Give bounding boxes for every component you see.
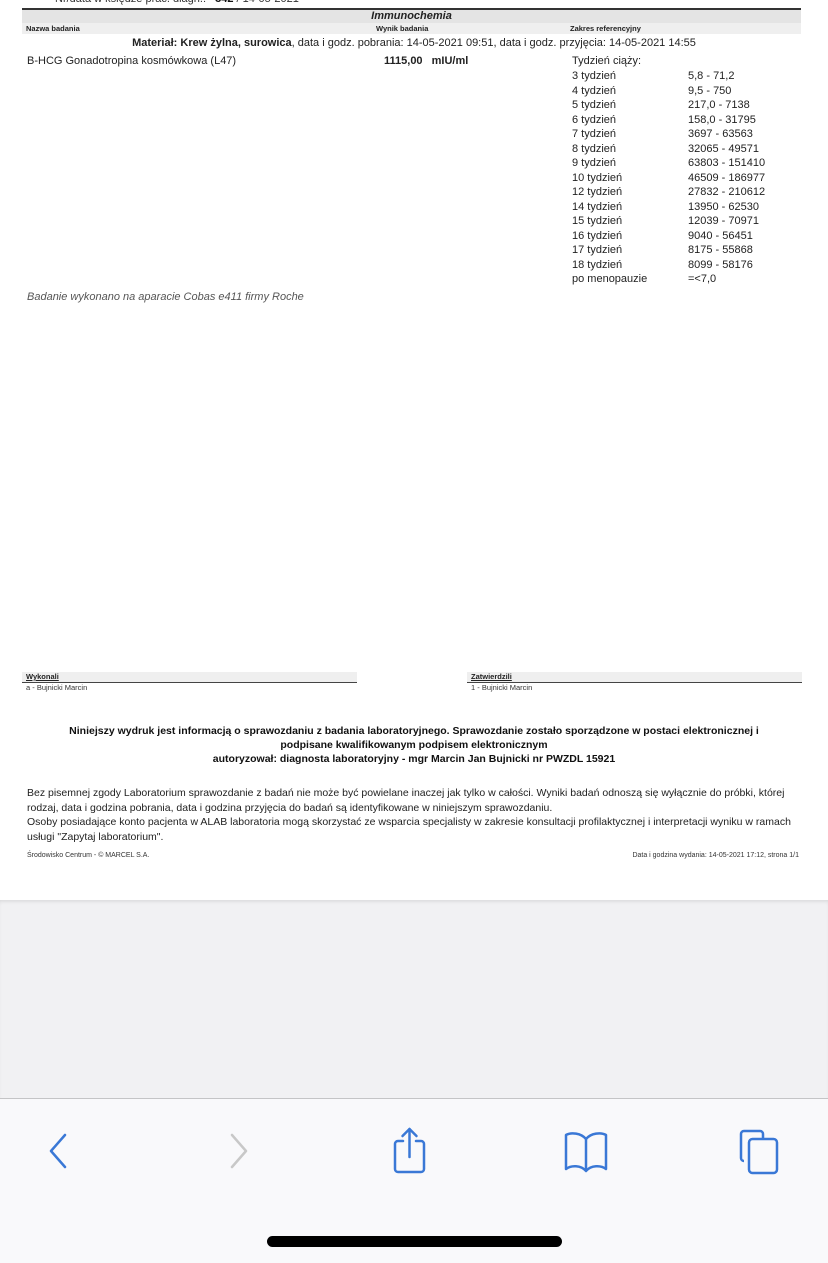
footer-right: Data i godzina wydania: 14-05-2021 17:12…: [632, 852, 799, 859]
book-icon: [561, 1129, 611, 1173]
week-label: 8 tydzień: [572, 142, 616, 157]
disclaimer-text: Bez pisemnej zgody Laboratorium sprawozd…: [27, 786, 807, 844]
electronic-signature-notice: Niniejszy wydruk jest informacją o spraw…: [20, 724, 808, 766]
section-title: Immunochemia: [22, 10, 801, 23]
lab-report-document: Nr/data w księdze prac. diagn.: 342 / 14…: [0, 0, 828, 900]
share-icon: [388, 1125, 432, 1177]
back-button[interactable]: [34, 1121, 84, 1181]
week-label: 6 tydzień: [572, 113, 616, 128]
col-header-range: Zakres referencyjny: [570, 23, 641, 34]
bookmarks-button[interactable]: [561, 1121, 611, 1181]
range-value: 5,8 - 71,2: [688, 69, 734, 84]
viewer-background: [0, 900, 828, 1098]
range-value: 9040 - 56451: [688, 229, 753, 244]
week-label: 16 tydzień: [572, 229, 622, 244]
performed-by-label: Wykonali: [22, 672, 59, 681]
chevron-right-icon: [223, 1129, 253, 1173]
forward-button[interactable]: [213, 1121, 263, 1181]
col-header-result: Wynik badania: [376, 23, 428, 34]
method-note: Badanie wykonano na aparacie Cobas e411 …: [27, 291, 304, 303]
week-label: 14 tydzień: [572, 200, 622, 215]
range-value: 27832 - 210612: [688, 185, 765, 200]
range-value: =<7,0: [688, 272, 716, 287]
tabs-icon: [735, 1126, 785, 1176]
approved-by-name: 1 - Bujnicki Marcin: [471, 683, 532, 692]
test-name: B-HCG Gonadotropina kosmówkowa (L47): [27, 55, 236, 67]
range-value: 13950 - 62530: [688, 200, 759, 215]
week-label: 12 tydzień: [572, 185, 622, 200]
material-line: Materiał: Krew żylna, surowica, data i g…: [0, 37, 828, 49]
disclaimer-paragraph-2: Osoby posiadające konto pacjenta w ALAB …: [27, 815, 807, 844]
share-button[interactable]: [385, 1121, 435, 1181]
range-value: 8175 - 55868: [688, 243, 753, 258]
week-label: 17 tydzień: [572, 243, 622, 258]
column-headers: Nazwa badania Wynik badania Zakres refer…: [22, 23, 801, 34]
range-value: 8099 - 58176: [688, 258, 753, 273]
register-label: Nr/data w księdze prac. diagn.:: [55, 0, 206, 5]
range-value: 32065 - 49571: [688, 142, 759, 157]
range-value: 217,0 - 7138: [688, 98, 750, 113]
disclaimer-paragraph-1: Bez pisemnej zgody Laboratorium sprawozd…: [27, 786, 807, 815]
week-label: 15 tydzień: [572, 214, 622, 229]
col-header-name: Nazwa badania: [26, 23, 80, 34]
register-number-line: Nr/data w księdze prac. diagn.: 342 / 14…: [55, 0, 299, 5]
week-label: 7 tydzień: [572, 127, 616, 142]
approved-by-header: Zatwierdzili: [467, 672, 802, 683]
range-value: 3697 - 63563: [688, 127, 753, 142]
week-label: 9 tydzień: [572, 156, 616, 171]
notice-line-1: Niniejszy wydruk jest informacją o spraw…: [20, 724, 808, 738]
test-result: 1115,00 mIU/ml: [384, 55, 468, 67]
chevron-left-icon: [44, 1129, 74, 1173]
performed-by-header: Wykonali: [22, 672, 357, 683]
week-label: 3 tydzień: [572, 69, 616, 84]
section-header: Immunochemia: [22, 8, 801, 23]
register-date: / 14-05-2021: [237, 0, 299, 5]
range-value: 12039 - 70971: [688, 214, 759, 229]
week-label: 10 tydzień: [572, 171, 622, 186]
performed-by-name: a - Bujnicki Marcin: [26, 683, 87, 692]
reference-header: Tydzień ciąży:: [572, 55, 641, 67]
range-value: 63803 - 151410: [688, 156, 765, 171]
notice-line-3: autoryzował: diagnosta laboratoryjny - m…: [20, 752, 808, 766]
test-unit: mIU/ml: [432, 55, 469, 67]
tabs-button[interactable]: [735, 1121, 785, 1181]
material-label: Materiał: Krew żylna, surowica: [132, 37, 292, 49]
material-dates: , data i godz. pobrania: 14-05-2021 09:5…: [292, 37, 696, 49]
week-label: po menopauzie: [572, 272, 647, 287]
register-number: 342: [215, 0, 233, 5]
range-value: 9,5 - 750: [688, 84, 731, 99]
notice-line-2: podpisane kwalifikowanym podpisem elektr…: [20, 738, 808, 752]
range-value: 158,0 - 31795: [688, 113, 756, 128]
test-value: 1115,00: [384, 55, 423, 67]
footer-left: Środowisko Centrum - © MARCEL S.A.: [27, 852, 149, 859]
home-indicator[interactable]: [267, 1236, 562, 1247]
week-label: 18 tydzień: [572, 258, 622, 273]
week-label: 5 tydzień: [572, 98, 616, 113]
range-value: 46509 - 186977: [688, 171, 765, 186]
approved-by-label: Zatwierdzili: [467, 672, 512, 681]
week-label: 4 tydzień: [572, 84, 616, 99]
